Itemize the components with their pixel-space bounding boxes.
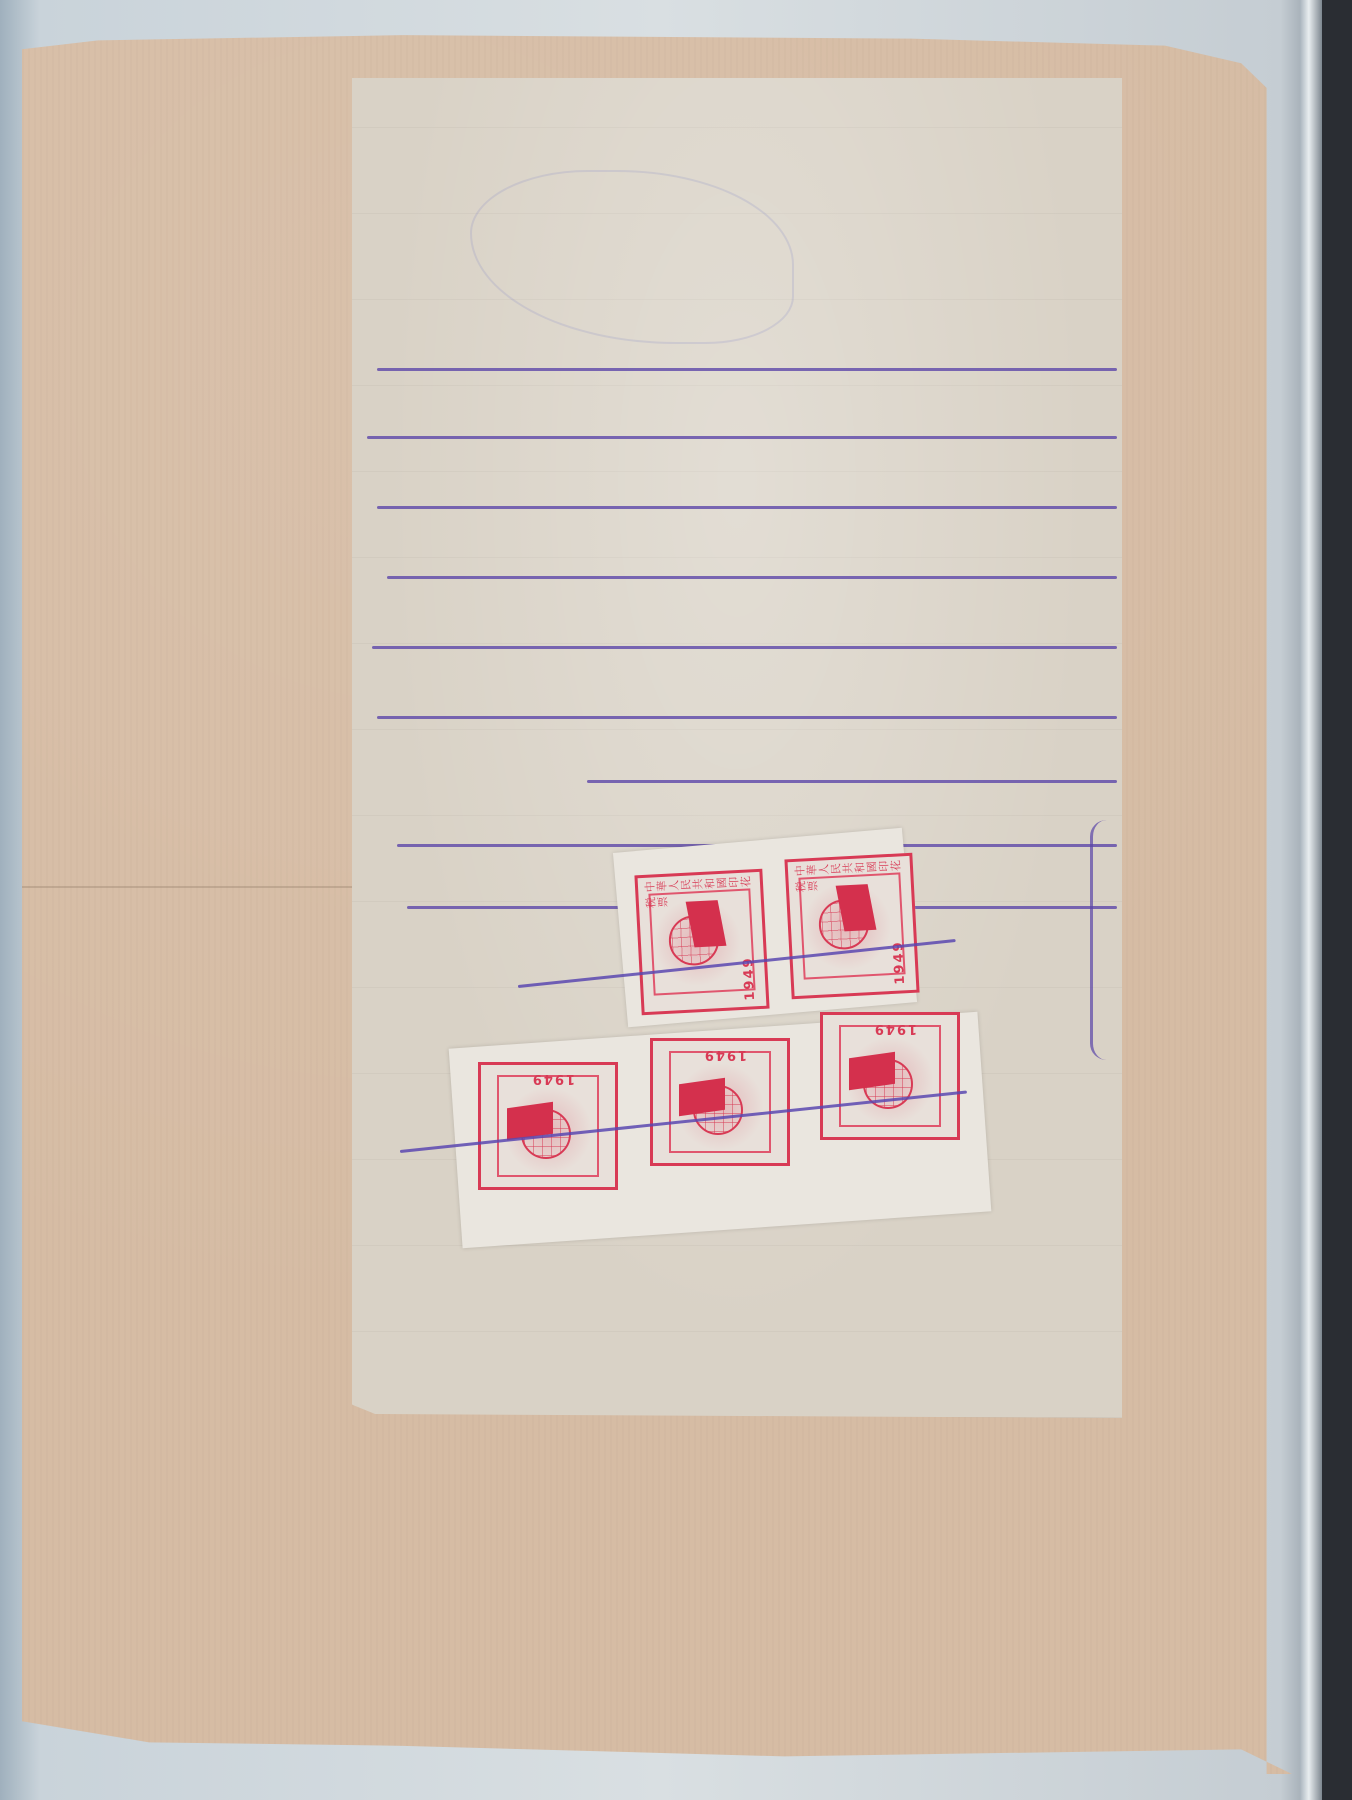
handwriting-line: [357, 488, 1117, 524]
revenue-stamp: 1949: [478, 1062, 618, 1190]
handwriting-line: [357, 350, 1117, 386]
handwriting-line: [357, 558, 1117, 594]
margin-handwriting: [1090, 820, 1123, 1060]
revenue-stamp: 1949: [820, 1012, 960, 1140]
handwriting-line: [357, 628, 1117, 664]
handwriting-line: [357, 418, 1117, 454]
stamp-issuer: 中華人民共和國印花税票: [644, 874, 762, 912]
stamp-issuer: 中華人民共和國印花税票: [794, 858, 912, 896]
revenue-stamp: 1949: [650, 1038, 790, 1166]
revenue-stamp: 1949 中華人民共和國印花税票: [784, 853, 919, 1000]
stamp-year: 1949: [531, 1071, 575, 1086]
handwriting-line: [357, 698, 1117, 734]
handwriting-line: [357, 762, 1117, 798]
stamp-year: 1949: [703, 1047, 747, 1062]
backing-fold-line: [22, 886, 352, 888]
sleeve-edge: [1300, 0, 1322, 1800]
revenue-stamp: 1949 中華人民共和國印花税票: [634, 869, 769, 1016]
stamp-year: 1949: [873, 1021, 917, 1036]
